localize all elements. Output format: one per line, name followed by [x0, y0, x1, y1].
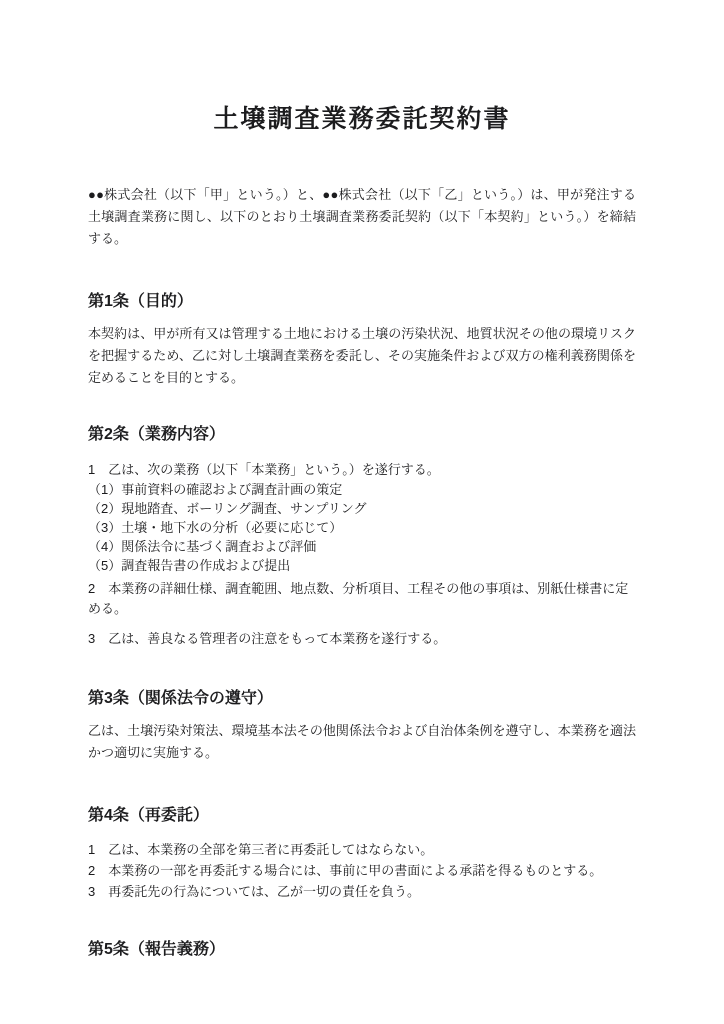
article-2-subitem-5: （5）調査報告書の作成および提出 — [88, 556, 636, 575]
article-1-body: 本契約は、甲が所有又は管理する土地における土壌の汚染状況、地質状況その他の環境リ… — [88, 323, 636, 389]
article-4: 第4条（再委託） 1 乙は、本業務の全部を第三者に再委託してはならない。 2 本… — [88, 806, 636, 902]
article-2-subitem-3: （3）土壌・地下水の分析（必要に応じて） — [88, 518, 636, 537]
article-4-heading: 第4条（再委託） — [88, 806, 636, 825]
article-5-heading: 第5条（報告義務） — [88, 940, 636, 959]
article-2: 第2条（業務内容） 1 乙は、次の業務（以下「本業務」という。）を遂行する。 （… — [88, 425, 636, 649]
article-2-subitem-2: （2）現地踏査、ボーリング調査、サンプリング — [88, 499, 636, 518]
article-2-heading: 第2条（業務内容） — [88, 425, 636, 444]
article-1: 第1条（目的） 本契約は、甲が所有又は管理する土地における土壌の汚染状況、地質状… — [88, 292, 636, 389]
article-4-clause-1: 1 乙は、本業務の全部を第三者に再委託してはならない。 — [88, 839, 636, 860]
article-1-heading: 第1条（目的） — [88, 292, 636, 311]
article-2-subitem-4: （4）関係法令に基づく調査および評価 — [88, 537, 636, 556]
article-2-subitem-1: （1）事前資料の確認および調査計画の策定 — [88, 480, 636, 499]
article-2-subitem-list: （1）事前資料の確認および調査計画の策定 （2）現地踏査、ボーリング調査、サンプ… — [88, 480, 636, 575]
contract-document-page: 土壌調査業務委託契約書 ●●株式会社（以下「甲」という。）と、●●株式会社（以下… — [0, 0, 724, 1024]
article-2-clause-2: 2 本業務の詳細仕様、調査範囲、地点数、分析項目、工程その他の事項は、別紙仕様書… — [88, 579, 636, 619]
article-4-clause-2: 2 本業務の一部を再委託する場合には、事前に甲の書面による承諾を得るものとする。 — [88, 860, 636, 881]
article-2-clause-1: 1 乙は、次の業務（以下「本業務」という。）を遂行する。 — [88, 460, 636, 480]
preamble-paragraph: ●●株式会社（以下「甲」という。）と、●●株式会社（以下「乙」という。）は、甲が… — [88, 184, 636, 250]
article-3-heading: 第3条（関係法令の遵守） — [88, 689, 636, 708]
document-title: 土壌調査業務委託契約書 — [88, 104, 636, 134]
article-5: 第5条（報告義務） — [88, 940, 636, 959]
article-3: 第3条（関係法令の遵守） 乙は、土壌汚染対策法、環境基本法その他関係法令および自… — [88, 689, 636, 764]
article-3-body: 乙は、土壌汚染対策法、環境基本法その他関係法令および自治体条例を遵守し、本業務を… — [88, 720, 636, 764]
article-2-clause-3: 3 乙は、善良なる管理者の注意をもって本業務を遂行する。 — [88, 629, 636, 649]
article-4-clause-3: 3 再委託先の行為については、乙が一切の責任を負う。 — [88, 881, 636, 902]
